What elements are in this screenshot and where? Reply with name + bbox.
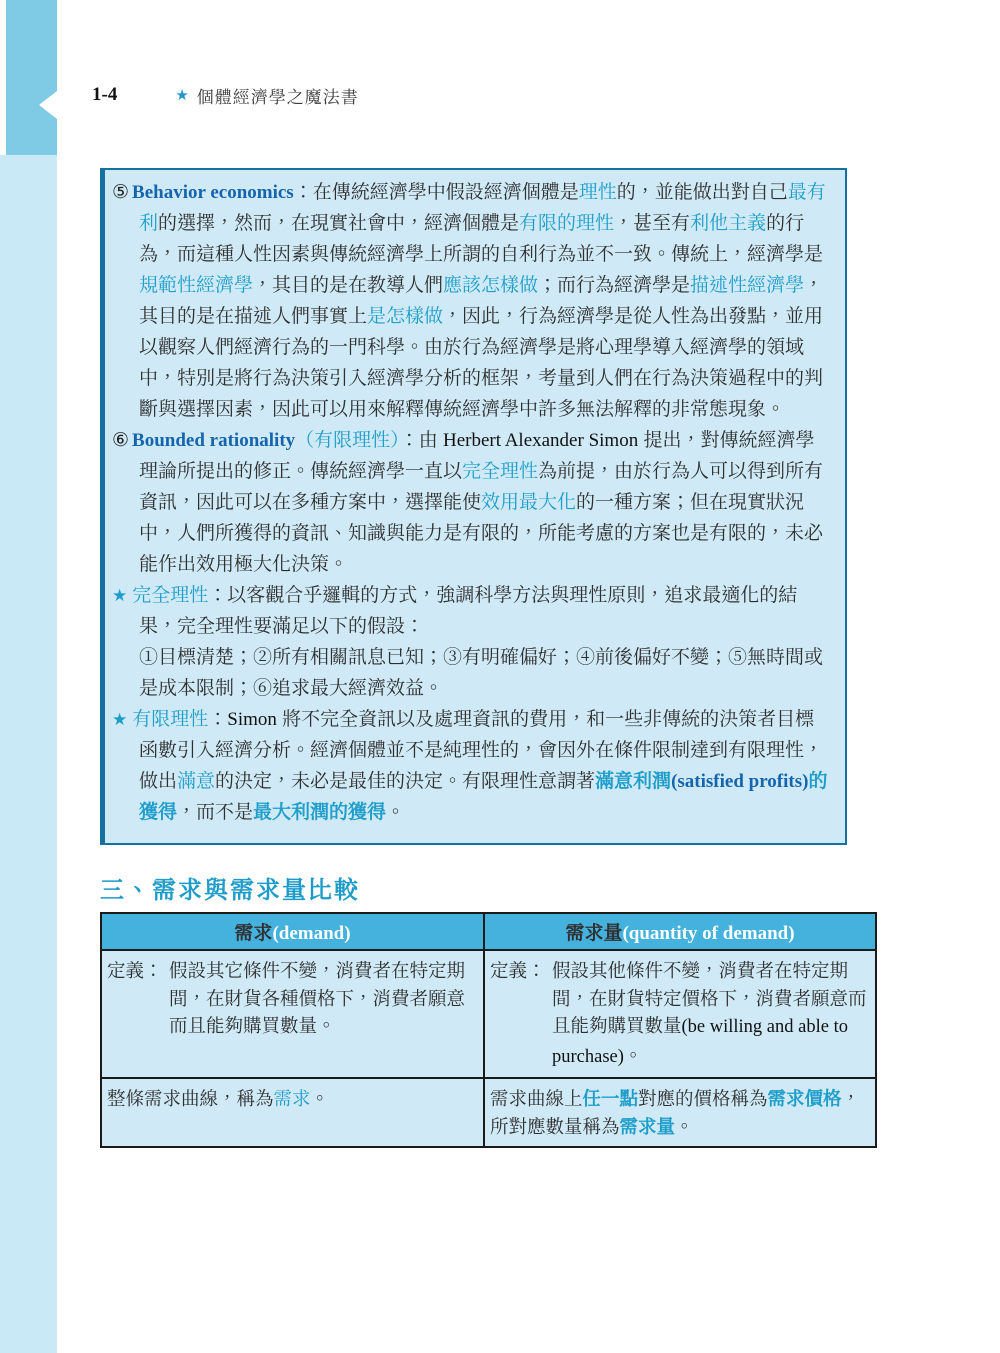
text-segment: ：以客觀合乎邏輯的方式，強調科學方法與理性原則，追求最適化的結果，完全理性要滿足… [139,585,797,637]
text-segment: 的決定，未必是最佳的決定。有限理性意謂著 [215,771,595,792]
text-segment: ；而行為經濟學是 [538,275,690,296]
paragraph-block: ①目標清楚；②所有相關訊息已知；③有明確偏好；④前後偏好不變；⑤無時間或是成本限… [112,642,833,704]
text-segment: Behavior economics [132,182,294,203]
text-segment: ，其目的是在教導人們 [253,275,443,296]
circled-number-marker: ⑥ [112,430,129,451]
text-segment: Simon [227,709,277,730]
definition-text: 假設其它條件不變，消費者在特定期間，在財貨各種價格下，消費者願意而且能夠購買數量… [169,957,475,1040]
emphasis-term: 效用最大化 [481,492,576,513]
paragraph-block: ★完全理性：以客觀合乎邏輯的方式，強調科學方法與理性原則，追求最適化的結果，完全… [112,580,833,642]
text-segment: 的選擇，然而，在現實社會中，經濟個體是 [158,213,519,234]
text-segment: 。 [311,1088,330,1109]
text-segment: 需求量 [565,923,622,944]
text-segment: 。 [386,802,405,823]
emphasis-term: 有限理性 [132,709,208,730]
star-icon: ★ [112,586,127,605]
text-segment: ： [208,709,227,730]
table-cell: 定義：假設其他條件不變，消費者在特定期間，在財貨特定價格下，消費者願意而且能夠購… [484,950,876,1078]
text-segment: 需求曲線上 [490,1088,583,1109]
left-stripe-dark [6,0,57,155]
text-segment: 。 [675,1116,694,1137]
table-cell: 需求曲線上任一點對應的價格稱為需求價格，所對應數量稱為需求量。 [484,1078,876,1147]
text-segment: ①目標清楚；②所有相關訊息已知；③有明確偏好；④前後偏好不變；⑤無時間或是成本限… [139,647,823,699]
emphasis-term: 需求 [274,1088,311,1109]
table-header-row: 需求(demand)需求量(quantity of demand) [101,913,876,950]
page-number: 1-4 [92,84,117,106]
table-header-cell: 需求(demand) [101,913,484,950]
numbered-paragraph: ⑤Behavior economics：在傳統經濟學中假設經濟個體是理性的，並能… [112,177,833,425]
text-segment: ：由 [400,430,443,451]
table-cell: 定義：假設其它條件不變，消費者在特定期間，在財貨各種價格下，消費者願意而且能夠購… [101,950,484,1078]
running-header: 1-4 ★ 個體經濟學之魔法書 [92,82,359,108]
star-paragraph: ★完全理性：以客觀合乎邏輯的方式，強調科學方法與理性原則，追求最適化的結果，完全… [112,580,833,704]
emphasis-term: 有限的理性 [519,213,614,234]
text-segment: 。 [624,1045,643,1066]
emphasis-term: 滿意 [177,771,215,792]
table-header-cell: 需求量(quantity of demand) [484,913,876,950]
table-row: 定義：假設其它條件不變，消費者在特定期間，在財貨各種價格下，消費者願意而且能夠購… [101,950,876,1078]
text-segment: ：在傳統經濟學中假設經濟個體是 [294,182,579,203]
emphasis-term: 利他主義 [690,213,766,234]
book-title: 個體經濟學之魔法書 [197,83,359,108]
definition-label: 定義： [490,957,552,1071]
text-segment: (demand) [272,923,350,944]
book-page: 1-4 ★ 個體經濟學之魔法書 ⑤Behavior economics：在傳統經… [0,0,1000,1353]
text-segment: ，而不是 [177,802,253,823]
numbered-paragraph: ⑥Bounded rationality（有限理性）：由 Herbert Ale… [112,425,833,580]
text-segment: 的，並能做出對自己 [617,182,788,203]
info-box: ⑤Behavior economics：在傳統經濟學中假設經濟個體是理性的，並能… [100,168,847,845]
text-segment: 需求 [234,923,272,944]
section-heading: 三、需求與需求量比較 [100,870,360,905]
emphasis-term: 規範性經濟學 [139,275,253,296]
emphasis-term: 描述性經濟學 [690,275,804,296]
star-paragraph: ★有限理性：Simon 將不完全資訊以及處理資訊的費用，和一些非傳統的決策者目標… [112,704,833,828]
emphasis-term: （有限理性） [295,430,400,451]
emphasis-term: 是怎樣做 [367,306,443,327]
comparison-table: 需求(demand)需求量(quantity of demand) 定義：假設其… [100,912,877,1148]
definition-text: 假設其他條件不變，消費者在特定期間，在財貨特定價格下，消費者願意而且能夠購買數量… [552,957,867,1071]
text-segment: 假設其它條件不變，消費者在特定期間，在財貨各種價格下，消費者願意而且能夠購買數量… [169,960,465,1036]
text-segment: 整條需求曲線，稱為 [107,1088,274,1109]
emphasis-term: 需求價格 [768,1088,842,1109]
emphasis-term: 任一點 [583,1088,639,1109]
paragraph-block: ⑤Behavior economics：在傳統經濟學中假設經濟個體是理性的，並能… [112,177,833,425]
text-segment: Bounded rationality [132,430,295,451]
emphasis-term: 應該怎樣做 [443,275,538,296]
left-stripe-light [0,155,57,1353]
paragraph-block: ★有限理性：Simon 將不完全資訊以及處理資訊的費用，和一些非傳統的決策者目標… [112,704,833,828]
emphasis-term: 理性 [579,182,617,203]
paragraph-block: ⑥Bounded rationality（有限理性）：由 Herbert Ale… [112,425,833,580]
circled-number-marker: ⑤ [112,182,129,203]
text-segment: Herbert Alexander Simon [443,430,638,451]
text-segment: (quantity of demand) [622,923,794,944]
emphasis-term: 完全理性 [462,461,538,482]
emphasis-term: 最大利潤的獲得 [253,802,386,823]
table-cell: 整條需求曲線，稱為需求。 [101,1078,484,1147]
star-icon: ★ [175,86,188,104]
emphasis-term: 滿意利潤 [595,771,671,792]
star-icon: ★ [112,710,127,729]
text-segment: (satisfied profits) [671,771,808,792]
definition-label: 定義： [107,957,169,1040]
emphasis-term: 完全理性 [132,585,208,606]
text-segment: ，甚至有 [614,213,690,234]
table-row: 整條需求曲線，稱為需求。需求曲線上任一點對應的價格稱為需求價格，所對應數量稱為需… [101,1078,876,1147]
text-segment: 對應的價格稱為 [638,1088,768,1109]
emphasis-term: 需求量 [620,1116,676,1137]
